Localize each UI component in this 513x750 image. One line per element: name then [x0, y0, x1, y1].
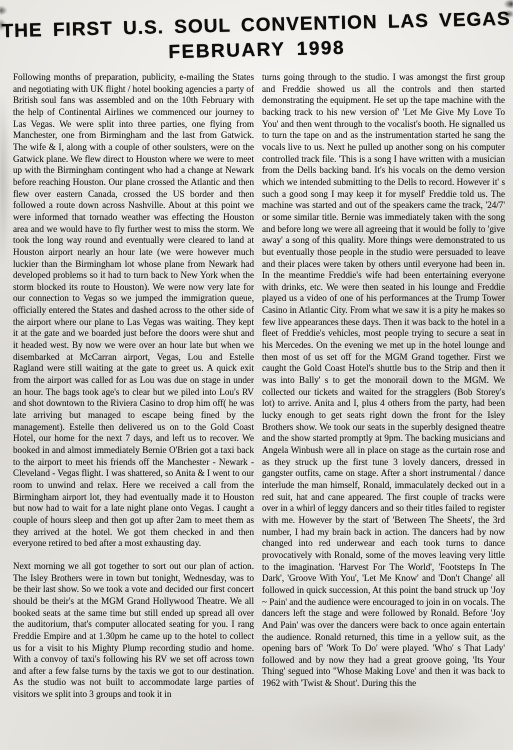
article-column-left: Following months of preparation, publici…	[13, 72, 254, 750]
article-paragraph: Following months of preparation, publici…	[13, 72, 254, 550]
article-paragraph: turns going through to the studio. I was…	[262, 72, 505, 690]
scan-artifact-top-left-mark	[0, 6, 7, 15]
article-title: THE FIRST U.S. SOUL CONVENTION LAS VEGAS…	[0, 9, 513, 69]
scanned-article-page: THE FIRST U.S. SOUL CONVENTION LAS VEGAS…	[0, 0, 513, 750]
scan-artifact-left-smudge	[0, 95, 10, 265]
article-paragraph: Next morning we all got together to sort…	[13, 561, 254, 701]
article-column-right: turns going through to the studio. I was…	[262, 72, 505, 750]
